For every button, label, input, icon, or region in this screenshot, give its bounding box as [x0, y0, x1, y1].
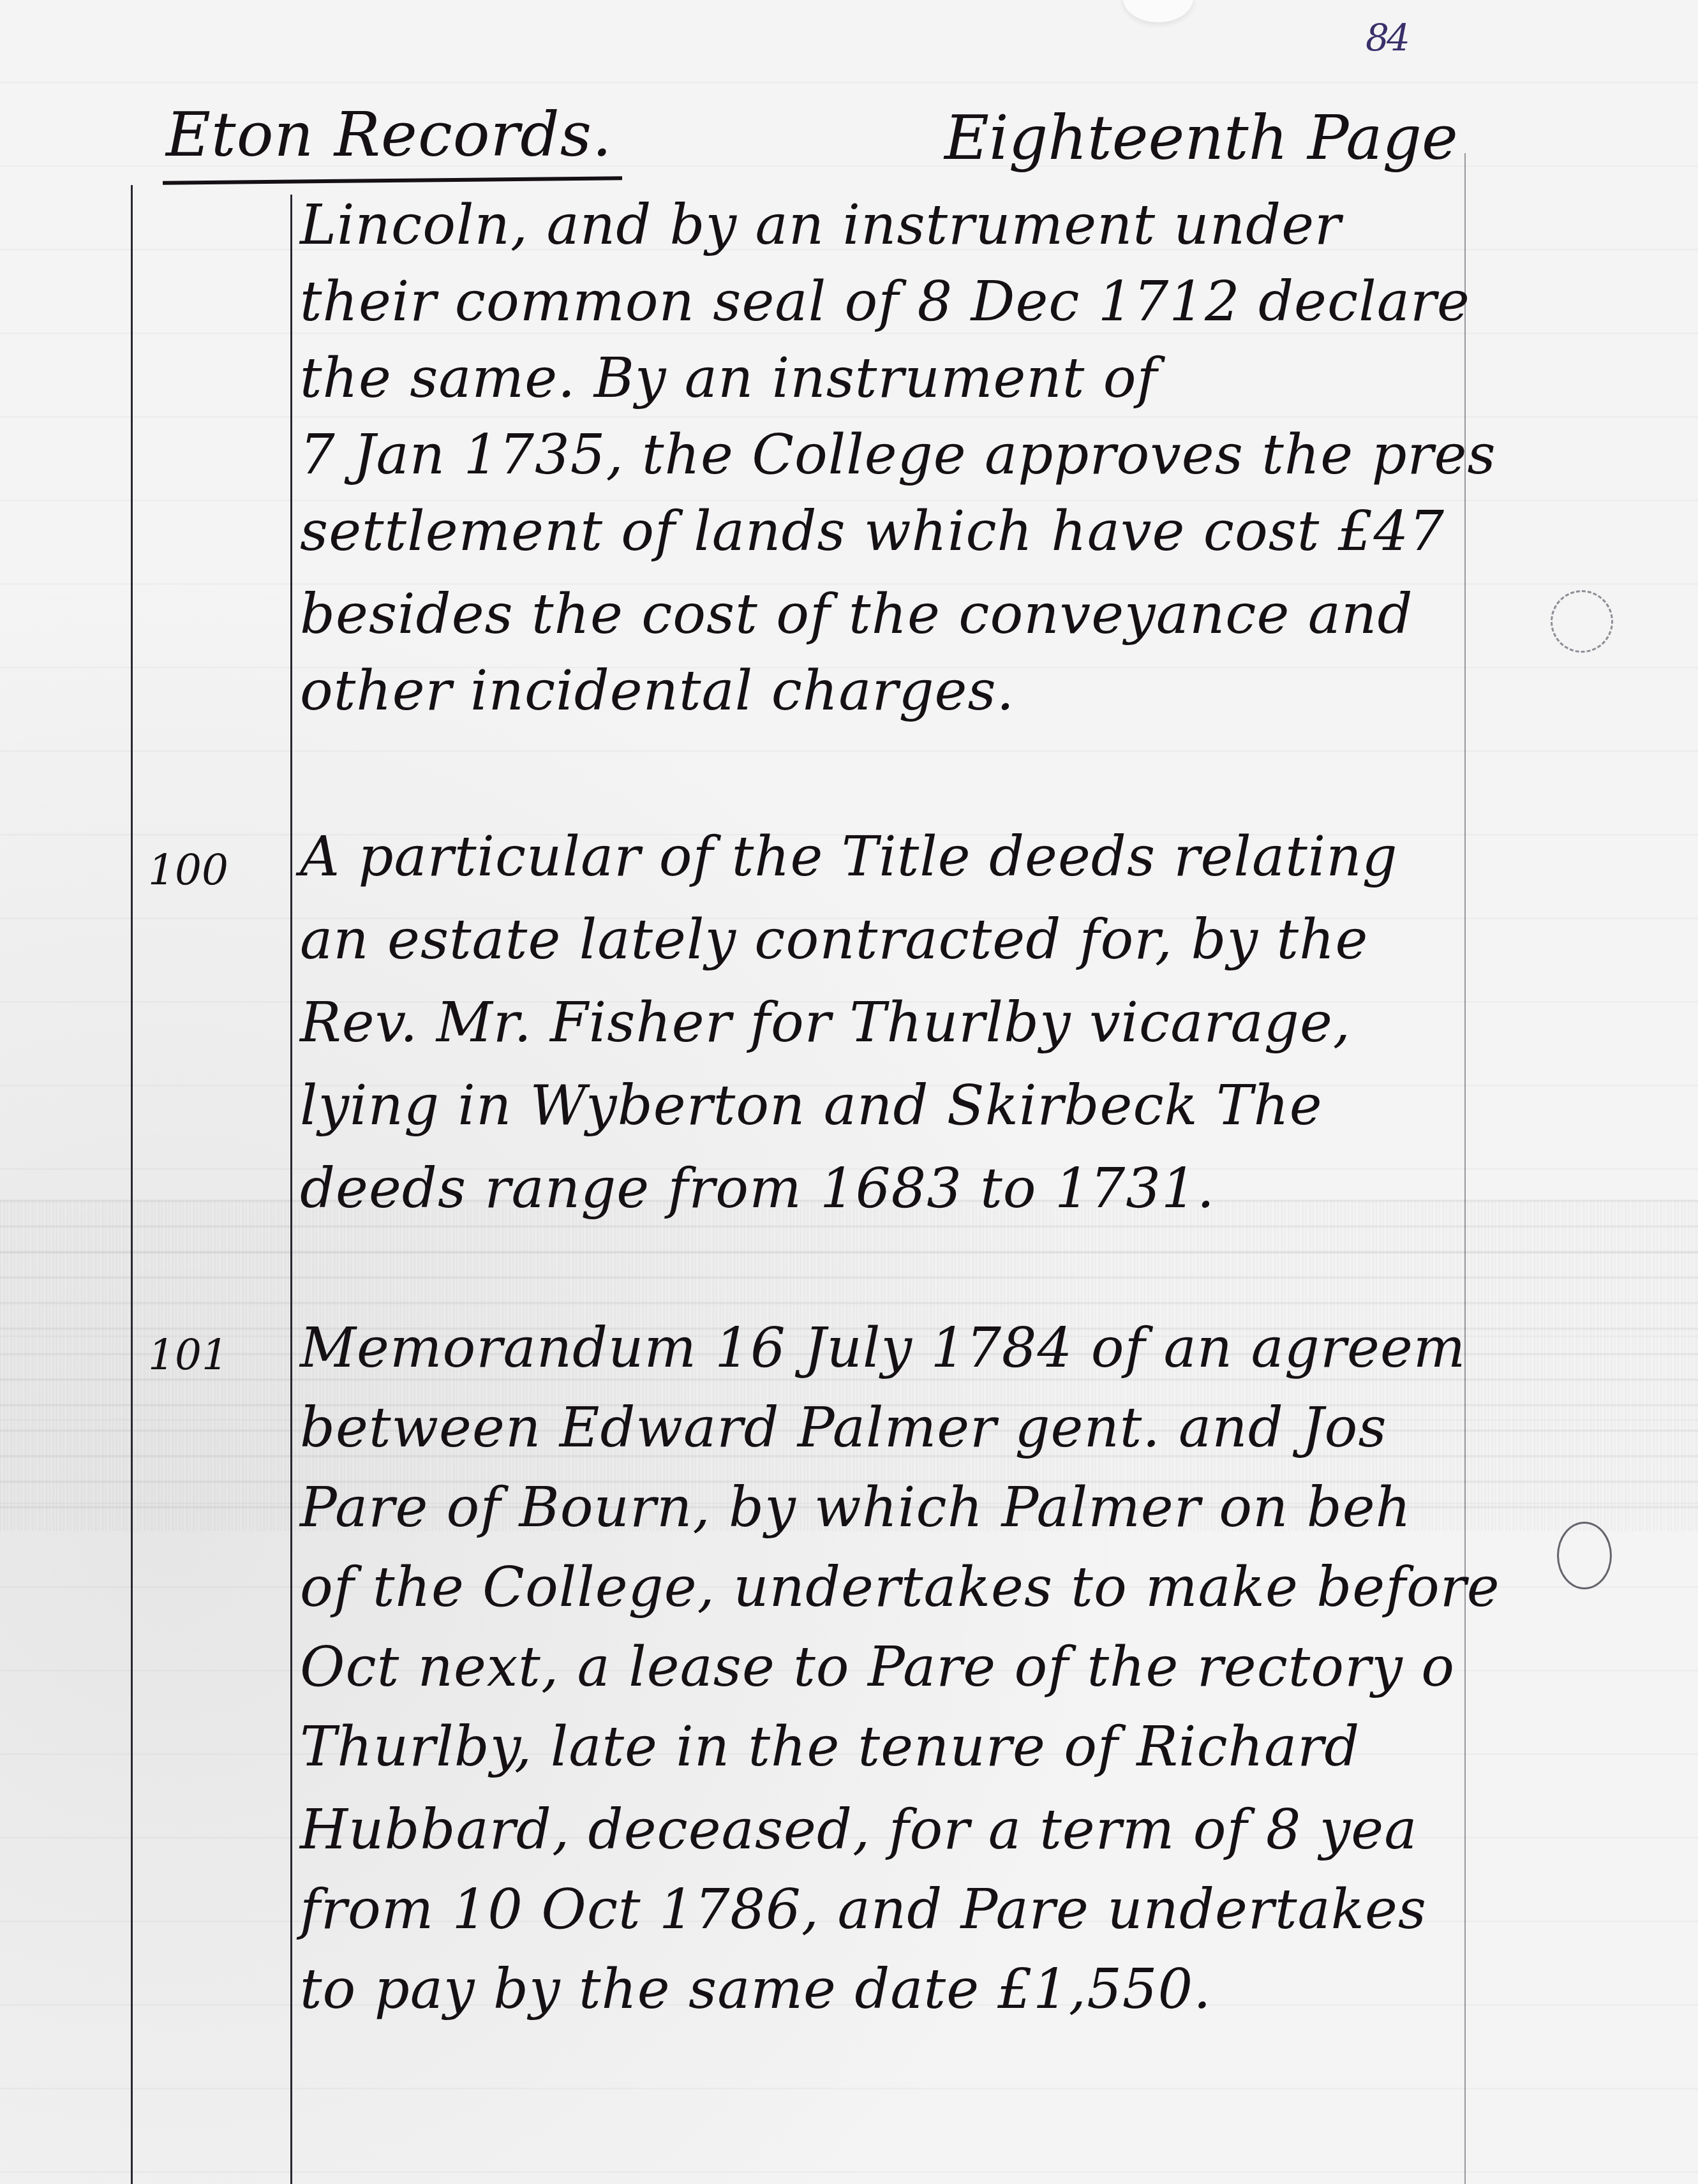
- document-title: Eton Records.: [166, 99, 613, 170]
- entry-line: Memorandum 16 July 1784 of an agreem: [300, 1321, 1466, 1376]
- continuation-line: their common seal of 8 Dec 1712 declare: [300, 274, 1470, 329]
- entry-line: between Edward Palmer gent. and Jos: [300, 1400, 1387, 1455]
- entry-line: Hubbard, deceased, for a term of 8 yea: [300, 1802, 1418, 1857]
- continuation-line: the same. By an instrument of: [300, 351, 1158, 406]
- entry-line: Oct next, a lease to Pare of the rectory…: [300, 1640, 1455, 1695]
- margin-rule-inner: [290, 195, 292, 2184]
- document-page: 84 Eton Records. Eighteenth Page Lincoln…: [0, 0, 1698, 2184]
- margin-rule-outer: [131, 185, 133, 2184]
- continuation-line: Lincoln, and by an instrument under: [300, 198, 1341, 253]
- page-label: Eighteenth Page: [944, 102, 1458, 174]
- continuation-line: other incidental charges.: [300, 664, 1015, 718]
- continuation-line: besides the cost of the conveyance and: [300, 587, 1413, 642]
- entry-line: an estate lately contracted for, by the: [300, 912, 1368, 967]
- entry-number: 101: [148, 1330, 228, 1379]
- continuation-line: settlement of lands which have cost £47: [300, 504, 1445, 559]
- top-punch-hole: [1123, 0, 1193, 22]
- entry-line: A particular of the Title deeds relating: [300, 829, 1398, 884]
- entry-line: lying in Wyberton and Skirbeck The: [300, 1078, 1323, 1133]
- entry-line: Thurlby, late in the tenure of Richard: [300, 1720, 1360, 1774]
- entry-line: Pare of Bourn, by which Palmer on beh: [300, 1480, 1411, 1535]
- entry-line: of the College, undertakes to make befor…: [300, 1560, 1500, 1615]
- entry-line: Rev. Mr. Fisher for Thurlby vicarage,: [300, 995, 1351, 1050]
- title-underline: [163, 176, 622, 185]
- punch-hole-lower: [1557, 1522, 1612, 1589]
- folio-number: 84: [1366, 16, 1408, 59]
- entry-line: from 10 Oct 1786, and Pare undertakes: [300, 1882, 1427, 1937]
- punch-hole-upper: [1551, 590, 1613, 653]
- entry-line: to pay by the same date £1,550.: [300, 1962, 1212, 2017]
- continuation-line: 7 Jan 1735, the College approves the pre…: [300, 427, 1496, 482]
- entry-line: deeds range from 1683 to 1731.: [300, 1161, 1215, 1216]
- entry-number: 100: [148, 845, 228, 895]
